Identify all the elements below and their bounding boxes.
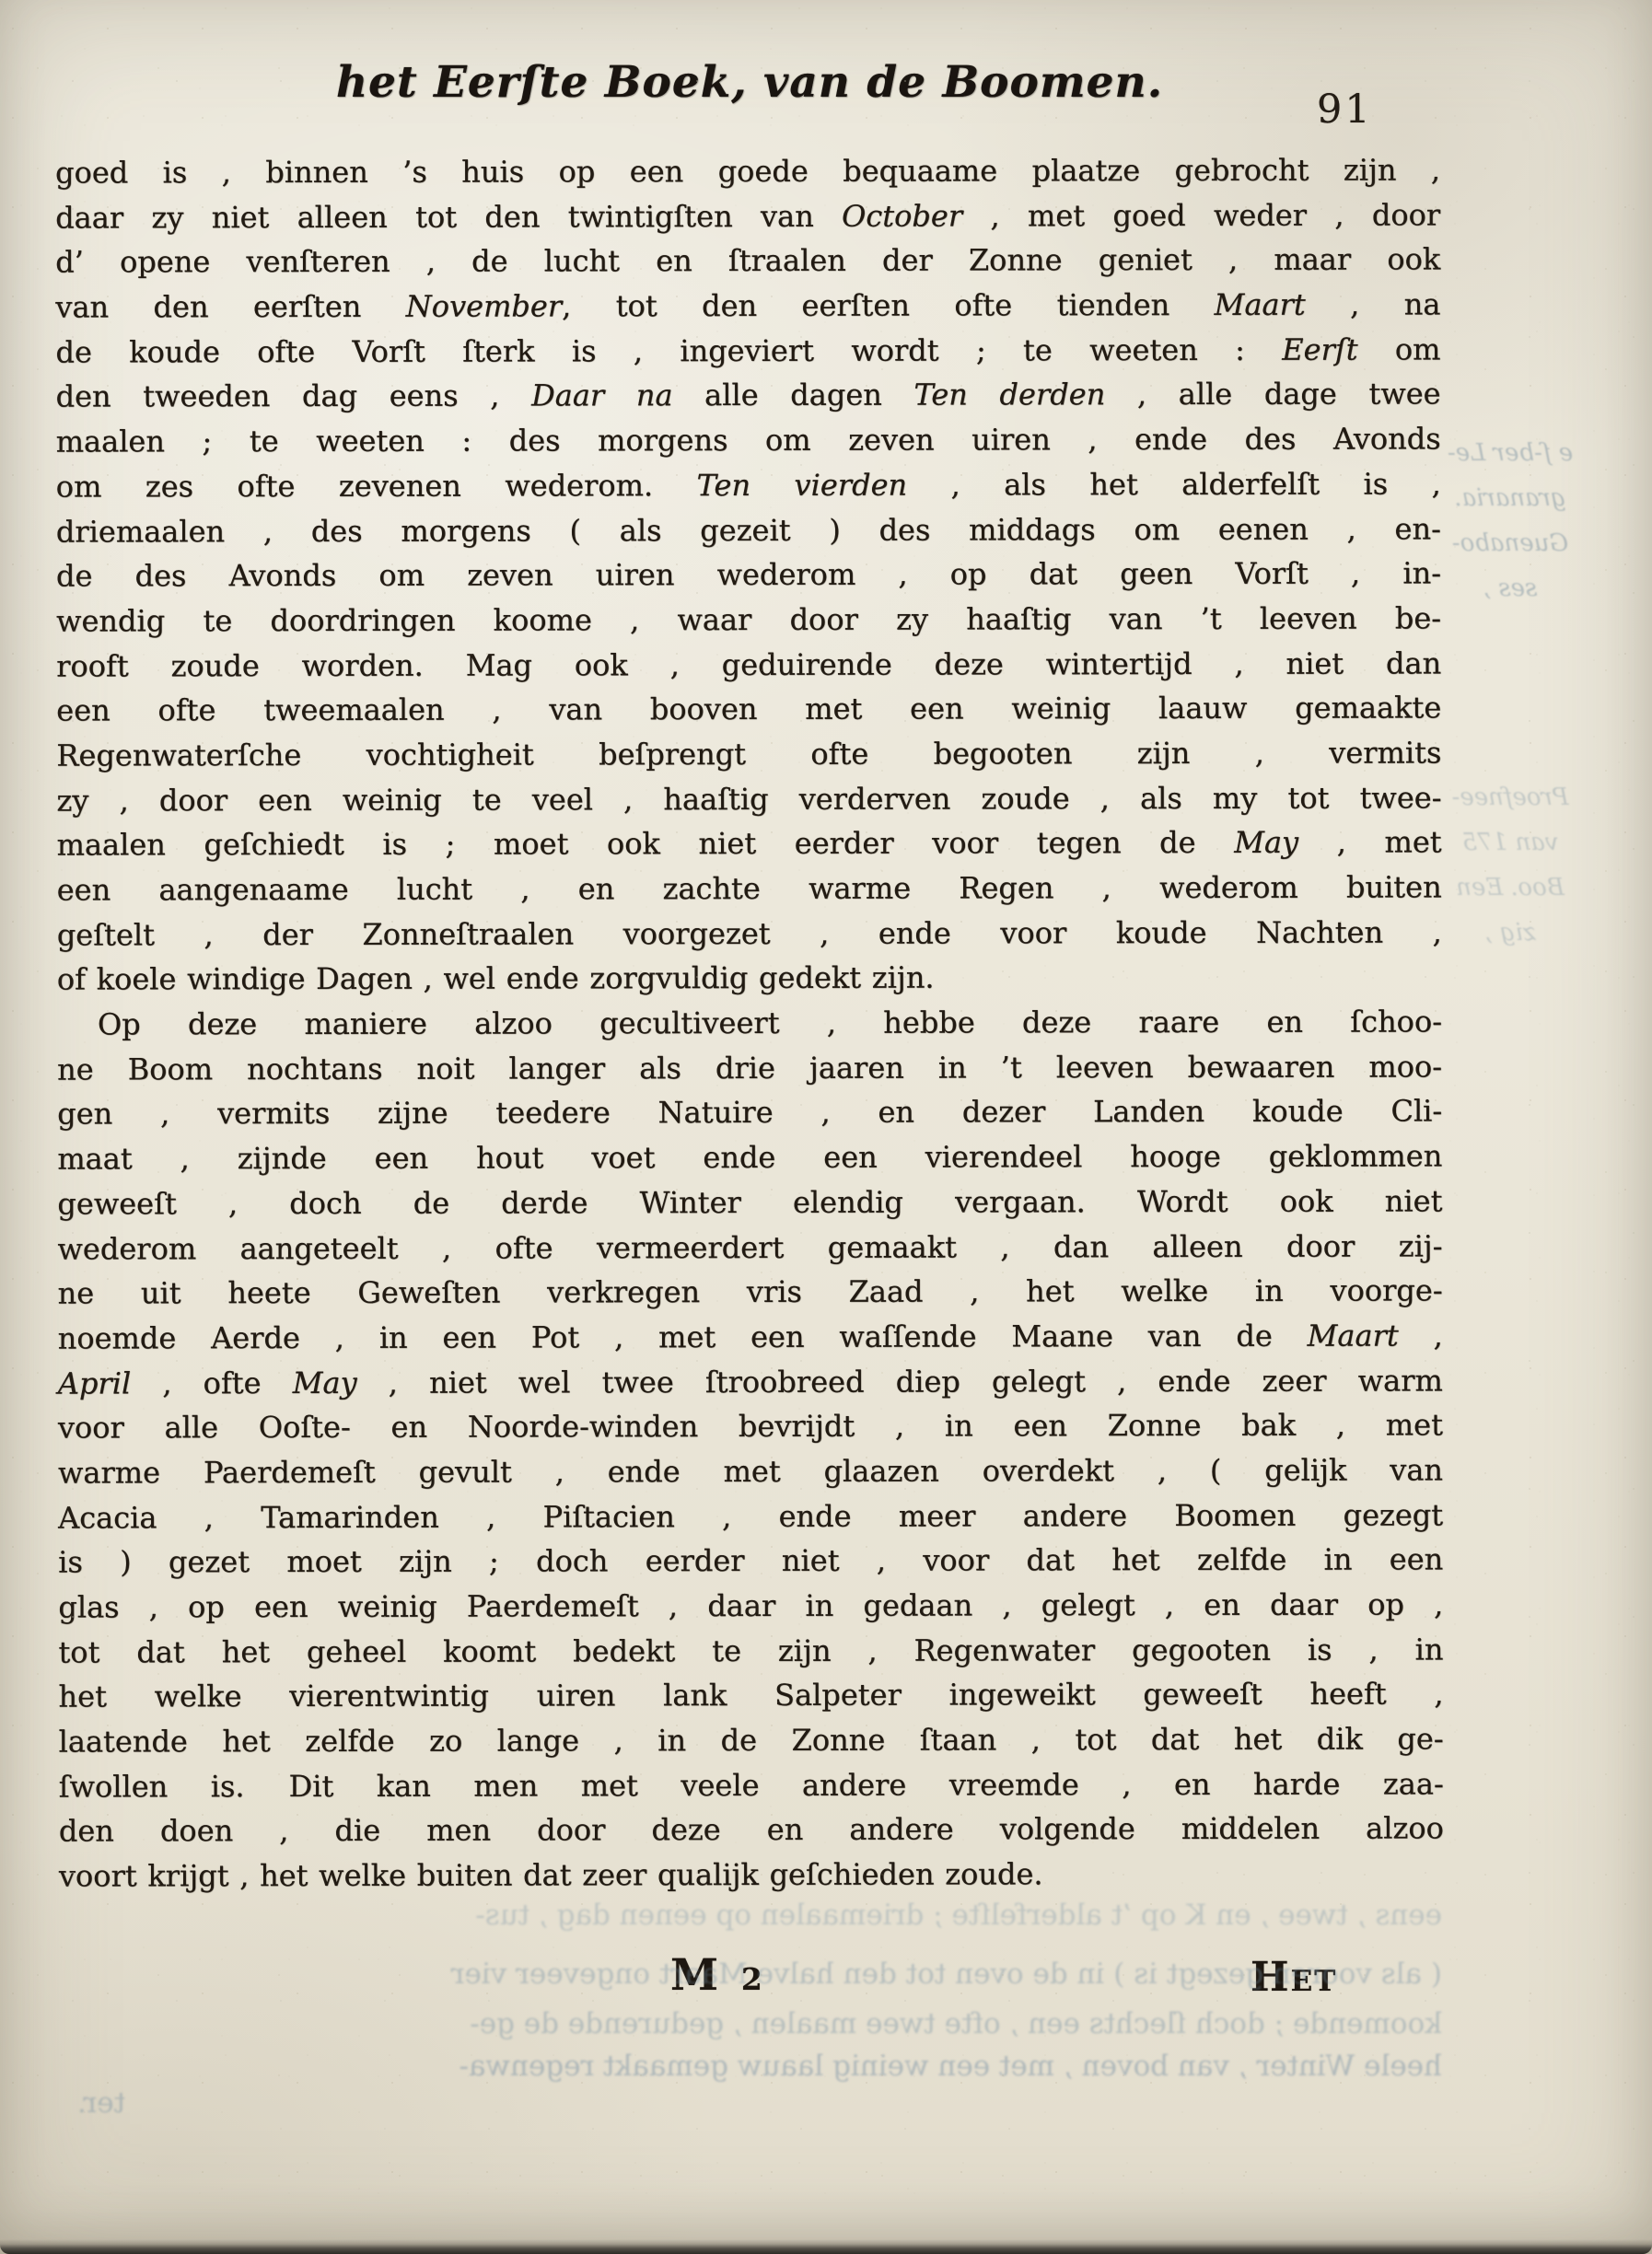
text-line: maat , zijnde een hout voet ende een vie… <box>57 1134 1442 1182</box>
text-line: van den eerſten November, tot den eerſte… <box>55 282 1440 330</box>
text-line: voor alle Ooſte- en Noorde-winden bevrij… <box>58 1403 1443 1451</box>
text-line: wederom aangeteelt , ofte vermeerdert ge… <box>57 1224 1442 1272</box>
text-line: noemde Aerde , in een Pot , met een waſſ… <box>58 1313 1443 1361</box>
text-line: of koele windige Dagen , wel ende zorgvu… <box>57 955 1442 1003</box>
margin-note-line: Guenabo- <box>1400 521 1621 566</box>
text-line: Regenwaterſche vochtigheit beſprengt oft… <box>56 730 1441 778</box>
text-line: d’ opene venſteren , de lucht en ſtraale… <box>55 238 1440 285</box>
text-line: voort krijgt , het welke buiten dat zeer… <box>59 1852 1444 1900</box>
text-line: de koude ofte Vorſt ſterk is , ingeviert… <box>55 327 1440 375</box>
text-line: is ) gezet moet zijn ; doch eerder niet … <box>58 1538 1443 1586</box>
text-line: Op deze maniere alzoo gecultiveert , heb… <box>57 999 1442 1047</box>
text-line: daar zy niet alleen tot den twintigſten … <box>55 192 1440 240</box>
text-line: den tweeden dag eens , Daar na alle dage… <box>56 372 1441 420</box>
margin-note-line: zig , <box>1400 911 1621 956</box>
text-line: gen , vermits zijne teedere Natuire , en… <box>57 1089 1442 1137</box>
margin-note-line: granaria. <box>1400 476 1621 521</box>
text-line: tot dat het geheel koomt bedekt te zijn … <box>58 1627 1443 1675</box>
text-line: maalen geſchiedt is ; moet ook niet eerd… <box>57 820 1442 868</box>
page-bottom-edge <box>0 2239 1652 2254</box>
margin-note-bleedthrough-2: Proefnee- van 175 Boo. Een zig , <box>1400 775 1621 956</box>
text-line: ſwollen is. Dit kan men met veele andere… <box>59 1761 1444 1809</box>
bleedthrough-fragment: ter. <box>77 2086 125 2120</box>
text-line: rooft zoude worden. Mag ook , geduirende… <box>56 641 1441 689</box>
text-line: zy , door een weinig te veel , haaſtig v… <box>56 775 1441 823</box>
text-line: om zes ofte zevenen wederom. Ten vierden… <box>56 461 1441 509</box>
text-line: goed is , binnen ’s huis op een goede be… <box>55 147 1440 195</box>
text-line: een ofte tweemaalen , van booven met een… <box>56 686 1441 734</box>
margin-note-line: van 175 <box>1400 820 1621 866</box>
margin-note-line: e ſ-ber Le- <box>1400 431 1621 476</box>
text-line: Acacia , Tamarinden , Piſtacien , ende m… <box>58 1493 1443 1540</box>
running-title: het Eerſte Boek, van de Boomen. <box>57 61 1442 104</box>
text-line: driemaalen , des morgens ( als gezeit ) … <box>56 506 1441 554</box>
page-number: 91 <box>1317 87 1427 133</box>
text-line: een aangenaame lucht , en zachte warme R… <box>57 865 1442 912</box>
text-line: geweeſt , doch de derde Winter elendig v… <box>57 1179 1442 1226</box>
margin-note-line: Boo. Een <box>1400 866 1621 911</box>
margin-note-line: Proefnee- <box>1400 775 1621 820</box>
text-line: April , ofte May , niet wel twee ſtroobr… <box>58 1358 1443 1406</box>
bleedthrough-line: eens , twee , en K op ’t alderfelſte ; d… <box>57 1899 1442 1935</box>
margin-note-bleedthrough-1: e ſ-ber Le- granaria. Guenabo- ses , <box>1400 431 1621 611</box>
book-page: het Eerſte Boek, van de Boomen. 91 goed … <box>0 0 1652 2254</box>
text-line: geſtelt , der Zonneſtraalen voorgezet , … <box>57 910 1442 958</box>
text-line: het welke vierentwintig uiren lank Salpe… <box>58 1672 1443 1720</box>
text-line: ne Boom nochtans noit langer als drie ja… <box>57 1044 1442 1092</box>
text-line: ne uit heete Geweſten verkregen vris Zaa… <box>58 1269 1443 1317</box>
text-line: maalen ; te weeten : des morgens om zeve… <box>56 417 1441 465</box>
text-line: laatende het zelfde zo lange , in de Zon… <box>59 1716 1444 1764</box>
text-line: de des Avonds om zeven uiren wederom , o… <box>56 552 1441 599</box>
bleedthrough-line: koomende ; doch ſlechts een , ofte twee … <box>57 2007 1442 2044</box>
margin-note-line: ses , <box>1400 566 1621 611</box>
bleedthrough-line: ( als vooren gezegt is ) in de oven tot … <box>57 1958 1442 1994</box>
text-line: glas , op een weinig Paerdemeſt , daar i… <box>58 1582 1443 1630</box>
text-line: den doen , die men door deze en andere v… <box>59 1807 1444 1854</box>
text-line: warme Paerdemeſt gevult , ende met glaaz… <box>58 1447 1443 1495</box>
body-text: goed is , binnen ’s huis op een goede be… <box>55 147 1444 1899</box>
bleedthrough-line: heele Winter , van boven , met een weini… <box>57 2050 1442 2086</box>
text-line: wendig te doordringen koome , waar door … <box>56 596 1441 644</box>
